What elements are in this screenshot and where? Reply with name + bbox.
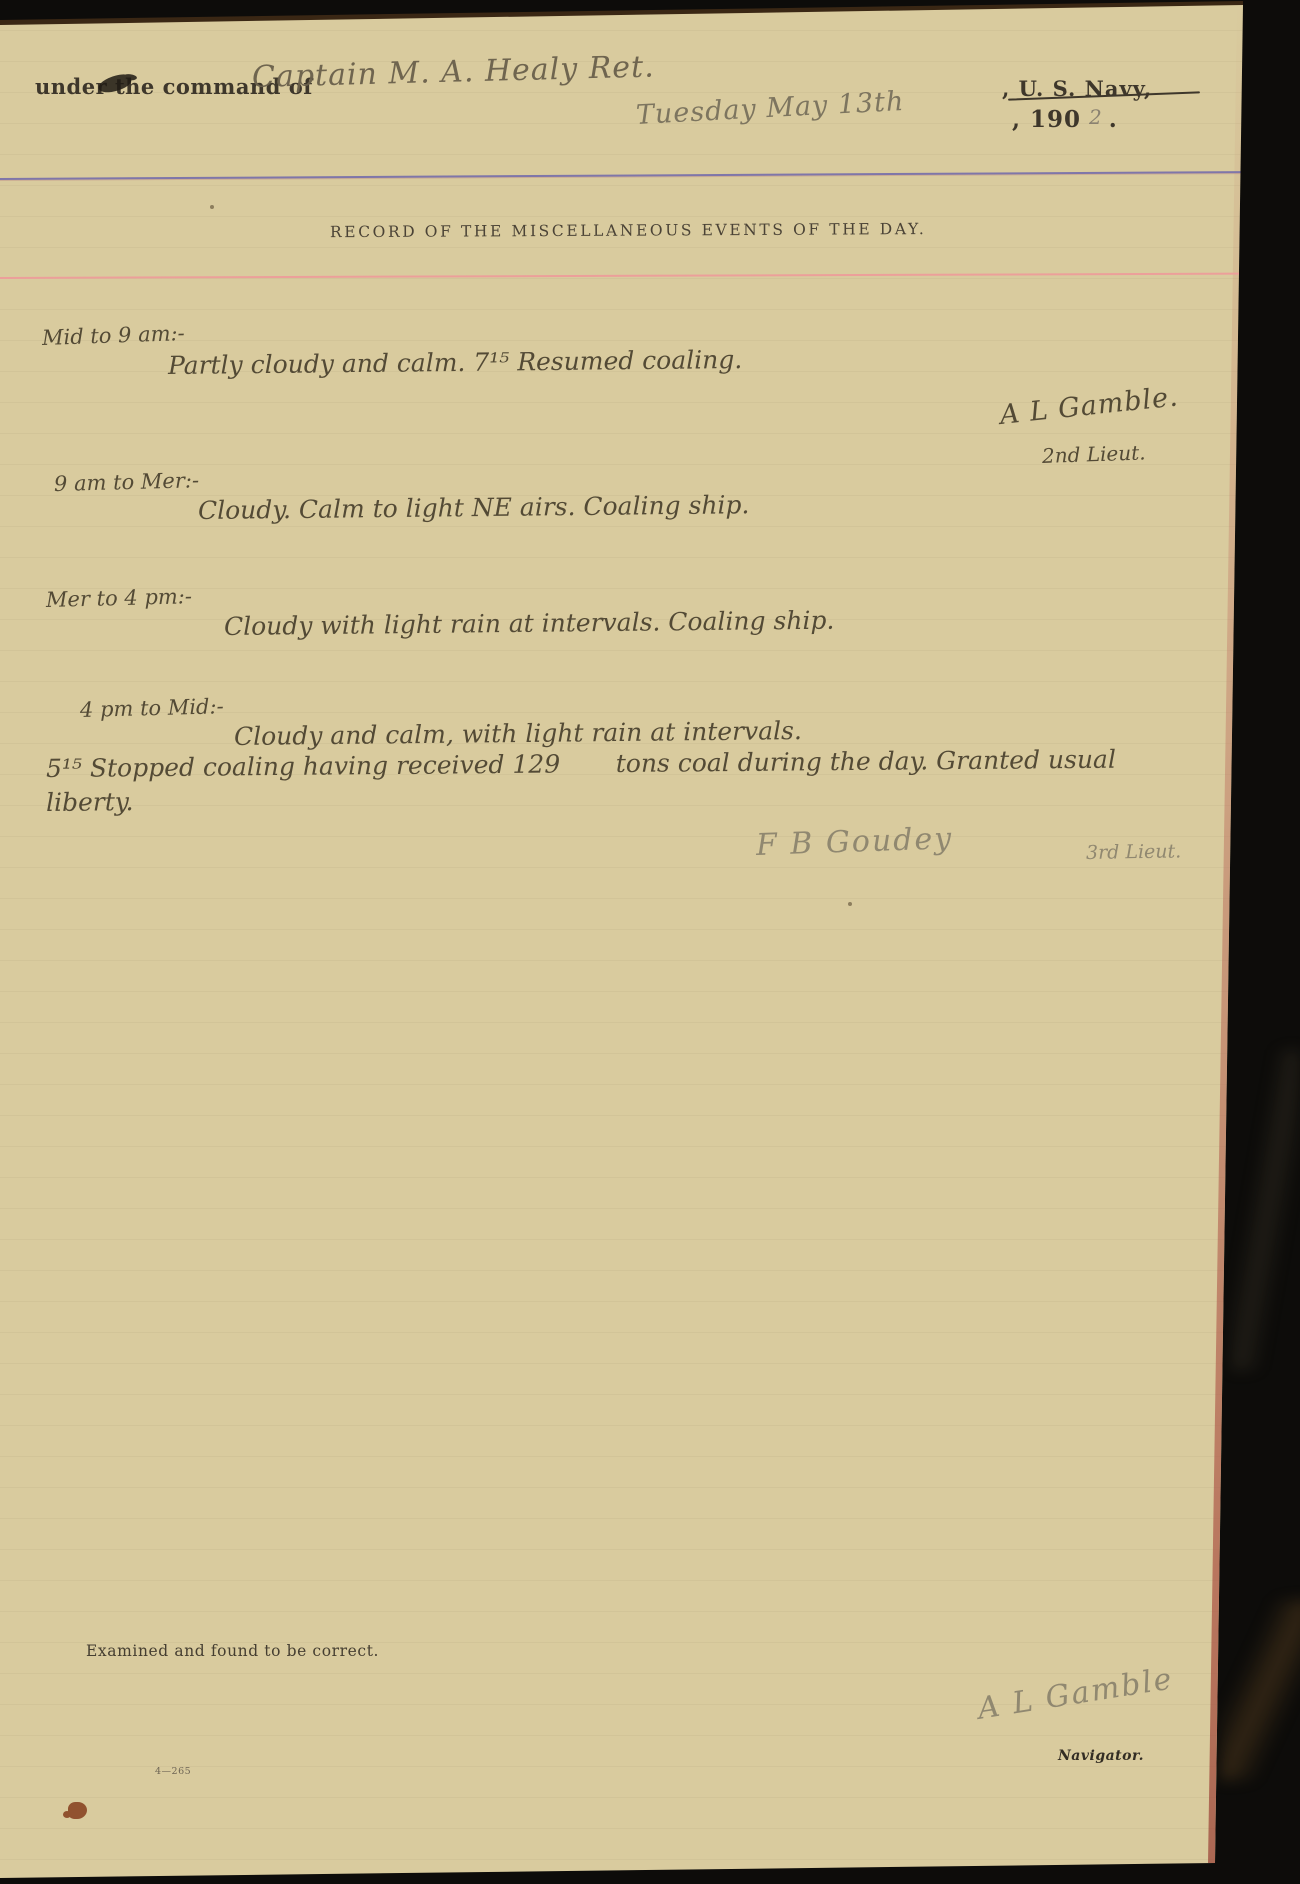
background-streak <box>1220 1600 1300 1780</box>
rank-2nd-lieut: 2nd Lieut. <box>1042 440 1146 468</box>
background-streak <box>1230 1050 1300 1370</box>
date-handwritten: Tuesday May 13th <box>635 86 905 131</box>
entry-line: Partly cloudy and calm. 7¹⁵ Resumed coal… <box>168 345 743 380</box>
year-period: . <box>1109 106 1118 133</box>
year-digit-handwritten: 2 <box>1081 105 1109 129</box>
examined-statement: Examined and found to be correct. <box>86 1642 379 1660</box>
purple-divider-rule <box>0 171 1245 180</box>
navigator-label: Navigator. <box>1058 1748 1144 1764</box>
logbook-page: under the command of Captain M. A. Healy… <box>0 0 1300 1884</box>
entry-line: 5¹⁵ Stopped coaling having received 129 … <box>46 745 1116 783</box>
ruled-lines <box>0 0 1300 1884</box>
paper-speck <box>210 205 214 209</box>
year-label: , 1902. <box>1012 106 1118 133</box>
red-page-edge <box>0 0 1300 1884</box>
signature-goudey-3rd-lieut: F B Goudey <box>755 821 953 863</box>
entry-label-mer-to-4pm: Mer to 4 pm:- <box>46 584 193 612</box>
entry-line: liberty. <box>46 787 134 817</box>
form-number: 4—265 <box>155 1766 191 1777</box>
navigator-signature: A L Gamble <box>975 1661 1176 1726</box>
entry-line: Cloudy with light rain at intervals. Coa… <box>224 606 835 641</box>
year-printed: , 190 <box>1012 106 1081 133</box>
commander-handwritten: Captain M. A. Healy Ret. <box>252 49 656 95</box>
page-title: RECORD OF THE MISCELLANEOUS EVENTS OF TH… <box>330 221 778 241</box>
pink-divider-rule <box>0 273 1243 279</box>
navy-comma: , <box>1002 76 1019 101</box>
entry-line: Cloudy and calm, with light rain at inte… <box>234 716 802 751</box>
entry-label-4pm-to-mid: 4 pm to Mid:- <box>80 694 224 722</box>
rank-3rd-lieut: 3rd Lieut. <box>1086 840 1182 864</box>
entry-label-mid-to-9am: Mid to 9 am:- <box>42 321 185 350</box>
entry-label-9am-to-mer: 9 am to Mer:- <box>54 468 200 496</box>
entry-line: Cloudy. Calm to light NE airs. Coaling s… <box>198 490 750 525</box>
paper-speck <box>848 902 852 906</box>
ink-blot <box>68 1802 87 1819</box>
signature-gamble-2nd-lieut: A L Gamble. <box>998 381 1180 431</box>
